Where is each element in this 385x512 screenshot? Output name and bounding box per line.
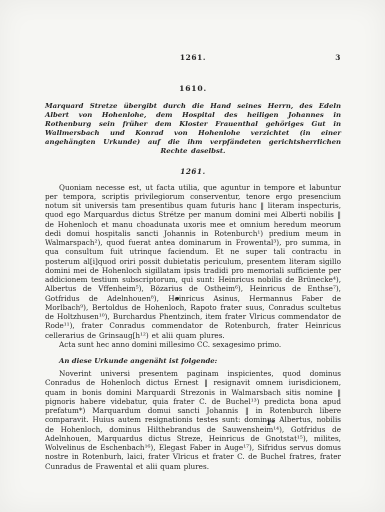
page-number: 3 bbox=[335, 53, 341, 63]
latin-charter-text: Quoniam necesse est, ut facta utilia, qu… bbox=[45, 183, 341, 340]
german-regest-summary: Marquard Stretze übergibt durch die Hand… bbox=[45, 102, 341, 157]
charter-year-heading-1261: 1261. bbox=[45, 167, 341, 176]
ink-speck bbox=[176, 297, 179, 300]
running-head-year: 1261. bbox=[45, 53, 341, 63]
section-heading-1610: 1610. bbox=[45, 84, 341, 93]
sheet-signature-mark: 1* bbox=[266, 418, 275, 427]
running-head: 1261. 3 bbox=[45, 53, 341, 63]
scanned-book-page: 1261. 3 1610. Marquard Stretze übergibt … bbox=[0, 0, 385, 512]
appended-charter-text: Noverint universi presentem paginam insp… bbox=[45, 369, 341, 471]
editor-note: An diese Urkunde angenäht ist folgende: bbox=[45, 357, 341, 366]
dating-clause: Acta sunt hec anno domini millesimo CC. … bbox=[45, 340, 341, 349]
text-block: 1261. 3 1610. Marquard Stretze übergibt … bbox=[45, 53, 341, 471]
